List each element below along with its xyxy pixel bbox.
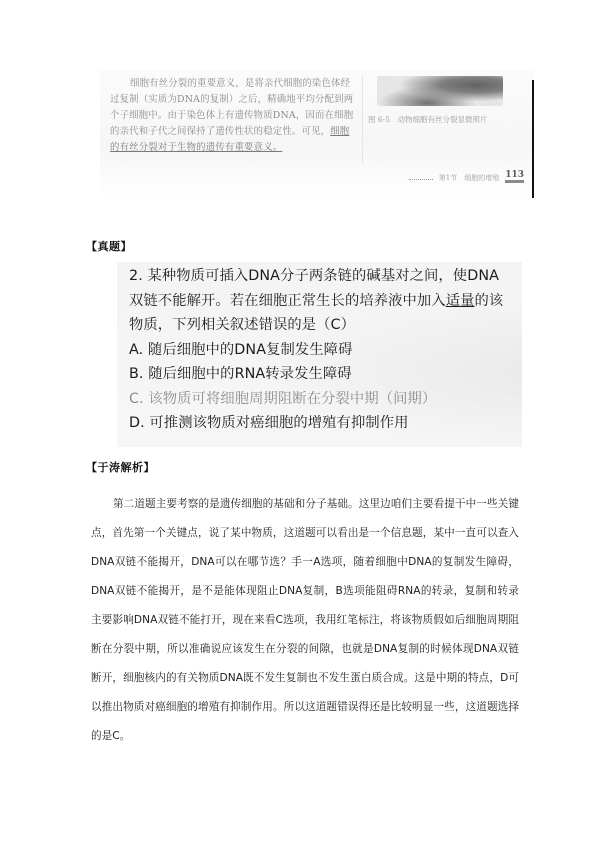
textbook-paragraph: 细胞有丝分裂的重要意义，是将亲代细胞的染色体经过复制（实质为DNA的复制）之后，…	[110, 76, 354, 156]
analysis-paragraph: 第二道题主要考察的是遗传细胞的基础和分子基础。这里边咱们主要看提干中一些关键点，…	[91, 490, 519, 751]
page-number: 113	[505, 170, 524, 183]
footer-dotted-rule	[409, 179, 433, 180]
option-d: D. 可推测该物质对癌细胞的增殖有抑制作用	[129, 411, 522, 436]
textbook-page-footer: 第1节 细胞的增殖 113	[409, 170, 524, 183]
question-section-label: 【真题】	[86, 238, 132, 254]
question-stem-text: 物质，下列相关叙述错误的是（C）	[129, 317, 355, 333]
footer-section-title: 第1节 细胞的增殖	[439, 173, 499, 183]
analysis-section-label: 【于涛解析】	[86, 459, 155, 475]
question-stem-text: 的该	[475, 293, 504, 309]
micrograph-photo	[377, 76, 503, 106]
textbook-scan-image: 细胞有丝分裂的重要意义，是将亲代细胞的染色体经过复制（实质为DNA的复制）之后，…	[100, 70, 534, 198]
question-stem-line-3: 物质，下列相关叙述错误的是（C）	[129, 313, 522, 338]
option-c: C. 该物质可将细胞周期阻断在分裂中期（间期）	[129, 387, 522, 412]
textbook-paragraph-text: 细胞有丝分裂的重要意义，是将亲代细胞的染色体经过复制（实质为DNA的复制）之后，…	[110, 78, 353, 137]
underlined-keyword: 适量	[446, 293, 475, 309]
question-stem-text: 2. 某种物质可插入DNA分子两条链的碱基对之间，使DNA	[129, 268, 499, 284]
question-stem-text: 双链不能解开。若在细胞正常生长的培养液中加入	[129, 293, 446, 309]
analysis-body: 第二道题主要考察的是遗传细胞的基础和分子基础。这里边咱们主要看提干中一些关键点，…	[91, 490, 519, 751]
question-stem-line-1: 2. 某种物质可插入DNA分子两条链的碱基对之间，使DNA	[129, 264, 522, 289]
option-a: A. 随后细胞中的DNA复制发生障碍	[129, 338, 522, 363]
question-box: 2. 某种物质可插入DNA分子两条链的碱基对之间，使DNA 双链不能解开。若在细…	[117, 262, 522, 447]
question-stem-line-2: 双链不能解开。若在细胞正常生长的培养液中加入适量的该	[129, 289, 522, 314]
page-edge-bar	[532, 80, 534, 198]
option-b: B. 随后细胞中的RNA转录发生障碍	[129, 362, 522, 387]
textbook-column-divider	[362, 74, 363, 164]
figure-caption: 图 6-5 动物细胞有丝分裂显微照片	[368, 114, 487, 125]
